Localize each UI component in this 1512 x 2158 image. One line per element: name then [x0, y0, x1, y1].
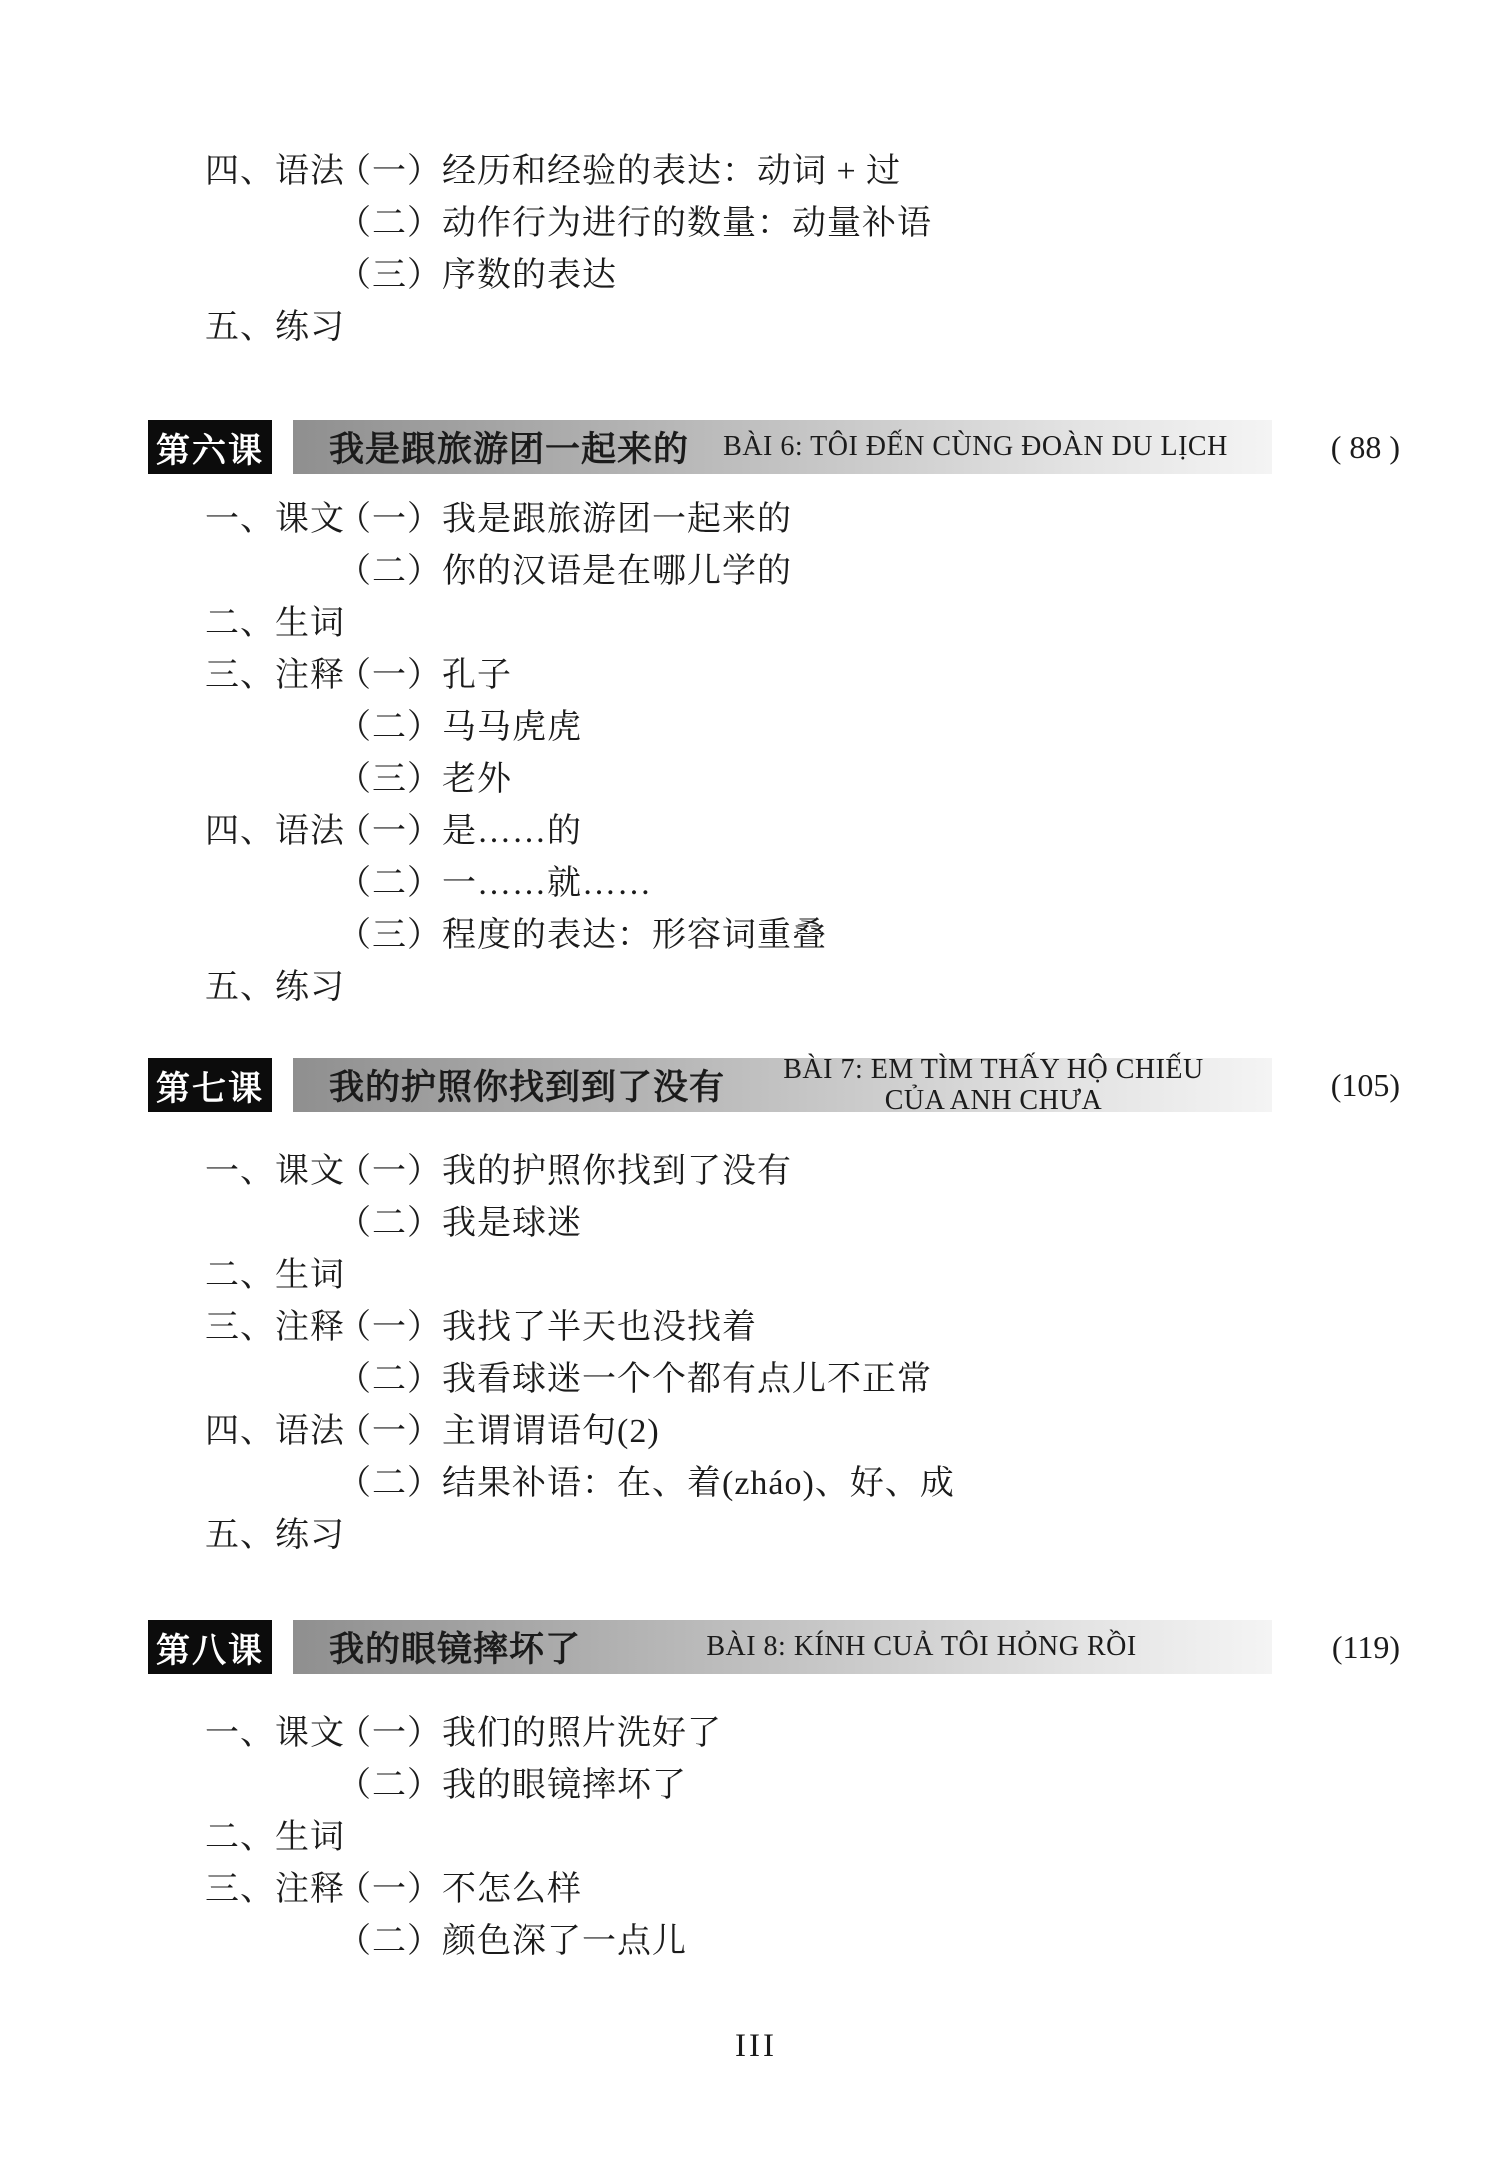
toc-line: （三）程度的表达：形容词重叠	[205, 910, 1412, 962]
toc-line: （三）序数的表达	[205, 250, 1412, 302]
toc-line: 五、练习	[205, 962, 1412, 1014]
toc-line: 四、语法 （一）经历和经验的表达：动词 + 过	[205, 146, 1412, 198]
banner-bar: 我是跟旅游团一起来的 BÀI 6: TÔI ĐẾN CÙNG ĐOÀN DU L…	[293, 420, 1272, 474]
footer-page-number: III	[0, 2028, 1512, 2065]
section-label: 一、课文	[205, 1146, 337, 1198]
lesson-title-cn: 我的护照你找到到了没有	[293, 1060, 725, 1110]
section-item: （一）我找了半天也没找着	[337, 1302, 757, 1354]
section-label: 一、课文	[205, 494, 337, 546]
toc-line: 二、生词	[205, 1250, 1412, 1302]
section-label: 五、练习	[205, 302, 337, 354]
toc-line: 一、课文 （一）我是跟旅游团一起来的	[205, 494, 1412, 546]
toc-line: （二）一……就……	[205, 858, 1412, 910]
section-item: （二）我是球迷	[337, 1198, 582, 1250]
lesson-7-contents: 一、课文 （一）我的护照你找到了没有 （二）我是球迷 二、生词 三、注释 （一）…	[205, 1146, 1412, 1562]
section-item: （三）程度的表达：形容词重叠	[337, 910, 827, 962]
section-item: （二）你的汉语是在哪儿学的	[337, 546, 792, 598]
lesson-8-contents: 一、课文 （一）我们的照片洗好了 （二）我的眼镜摔坏了 二、生词 三、注释 （一…	[205, 1708, 1412, 1968]
toc-line: 五、练习	[205, 1510, 1412, 1562]
toc-line: 四、语法 （一）主谓谓语句(2)	[205, 1406, 1412, 1458]
section-item: （二）颜色深了一点儿	[337, 1916, 687, 1968]
toc-line: （二）颜色深了一点儿	[205, 1916, 1412, 1968]
toc-line: 三、注释 （一）孔子	[205, 650, 1412, 702]
section-item: （一）我的护照你找到了没有	[337, 1146, 792, 1198]
section-item: （二）我看球迷一个个都有点儿不正常	[337, 1354, 932, 1406]
section-label: 四、语法	[205, 146, 337, 198]
lesson-page-number: (119)	[1272, 1620, 1400, 1674]
toc-line: 五、练习	[205, 302, 1412, 354]
section-label: 五、练习	[205, 1510, 337, 1562]
lesson-banner-7: 第七课 我的护照你找到到了没有 BÀI 7: EM TÌM THẤY HỘ CH…	[148, 1058, 1400, 1112]
section-item: （一）不怎么样	[337, 1864, 582, 1916]
banner-bar: 我的护照你找到到了没有 BÀI 7: EM TÌM THẤY HỘ CHIẾU …	[293, 1058, 1272, 1112]
toc-line: 四、语法 （一）是……的	[205, 806, 1412, 858]
toc-page: 四、语法 （一）经历和经验的表达：动词 + 过 （二）动作行为进行的数量：动量补…	[0, 0, 1512, 2158]
lesson-title-cn: 我的眼镜摔坏了	[293, 1622, 581, 1672]
section-label: 三、注释	[205, 650, 337, 702]
section-item: （一）经历和经验的表达：动词 + 过	[337, 146, 901, 198]
toc-line: 三、注释 （一）不怎么样	[205, 1864, 1412, 1916]
toc-line: （二）我看球迷一个个都有点儿不正常	[205, 1354, 1412, 1406]
lesson-title-vi: BÀI 6: TÔI ĐẾN CÙNG ĐOÀN DU LỊCH	[689, 431, 1272, 462]
lesson-6-contents: 一、课文 （一）我是跟旅游团一起来的 （二）你的汉语是在哪儿学的 二、生词 三、…	[205, 494, 1412, 1014]
section-label: 三、注释	[205, 1864, 337, 1916]
section-item: （二）马马虎虎	[337, 702, 582, 754]
lesson-banner-6: 第六课 我是跟旅游团一起来的 BÀI 6: TÔI ĐẾN CÙNG ĐOÀN …	[148, 420, 1400, 474]
section-item: （二）一……就……	[337, 858, 652, 910]
lesson-page-number: (105)	[1272, 1058, 1400, 1112]
lesson-title-cn: 我是跟旅游团一起来的	[293, 422, 689, 472]
toc-line: 一、课文 （一）我的护照你找到了没有	[205, 1146, 1412, 1198]
section-item: （三）序数的表达	[337, 250, 617, 302]
toc-line: （二）动作行为进行的数量：动量补语	[205, 198, 1412, 250]
section-item: （一）孔子	[337, 650, 512, 702]
toc-line: （二）我是球迷	[205, 1198, 1412, 1250]
banner-gap	[272, 420, 293, 474]
section-item: （一）我们的照片洗好了	[337, 1708, 722, 1760]
toc-line: 一、课文 （一）我们的照片洗好了	[205, 1708, 1412, 1760]
section-label: 二、生词	[205, 1250, 337, 1302]
lesson-number-box: 第八课	[148, 1620, 272, 1674]
toc-line: （二）马马虎虎	[205, 702, 1412, 754]
section-label: 四、语法	[205, 806, 337, 858]
section-item: （三）老外	[337, 754, 512, 806]
lesson-number-box: 第六课	[148, 420, 272, 474]
toc-line: （三）老外	[205, 754, 1412, 806]
section-label: 三、注释	[205, 1302, 337, 1354]
lesson-page-number: ( 88 )	[1272, 420, 1400, 474]
section-label: 二、生词	[205, 1812, 337, 1864]
section-item: （二）我的眼镜摔坏了	[337, 1760, 687, 1812]
toc-line: 二、生词	[205, 1812, 1412, 1864]
toc-line: 三、注释 （一）我找了半天也没找着	[205, 1302, 1412, 1354]
section-item: （二）动作行为进行的数量：动量补语	[337, 198, 932, 250]
section-label: 五、练习	[205, 962, 337, 1014]
section-label: 二、生词	[205, 598, 337, 650]
section-item: （一）我是跟旅游团一起来的	[337, 494, 792, 546]
banner-bar: 我的眼镜摔坏了 BÀI 8: KÍNH CUẢ TÔI HỎNG RỒI	[293, 1620, 1272, 1674]
section-label: 四、语法	[205, 1406, 337, 1458]
toc-line: （二）我的眼镜摔坏了	[205, 1760, 1412, 1812]
section-item: （二）结果补语：在、着(zháo)、好、成	[337, 1458, 955, 1510]
toc-line: 二、生词	[205, 598, 1412, 650]
lesson-banner-8: 第八课 我的眼镜摔坏了 BÀI 8: KÍNH CUẢ TÔI HỎNG RỒI…	[148, 1620, 1400, 1674]
section-item: （一）主谓谓语句(2)	[337, 1406, 660, 1458]
toc-line: （二）结果补语：在、着(zháo)、好、成	[205, 1458, 1412, 1510]
banner-gap	[272, 1058, 293, 1112]
lesson-title-vi: BÀI 8: KÍNH CUẢ TÔI HỎNG RỒI	[581, 1631, 1272, 1662]
toc-line: （二）你的汉语是在哪儿学的	[205, 546, 1412, 598]
banner-gap	[272, 1620, 293, 1674]
section-label: 一、课文	[205, 1708, 337, 1760]
lesson-number-box: 第七课	[148, 1058, 272, 1112]
lesson-title-vi: BÀI 7: EM TÌM THẤY HỘ CHIẾU CỦA ANH CHƯA	[725, 1054, 1272, 1117]
section-item: （一）是……的	[337, 806, 582, 858]
intro-section: 四、语法 （一）经历和经验的表达：动词 + 过 （二）动作行为进行的数量：动量补…	[205, 0, 1412, 354]
